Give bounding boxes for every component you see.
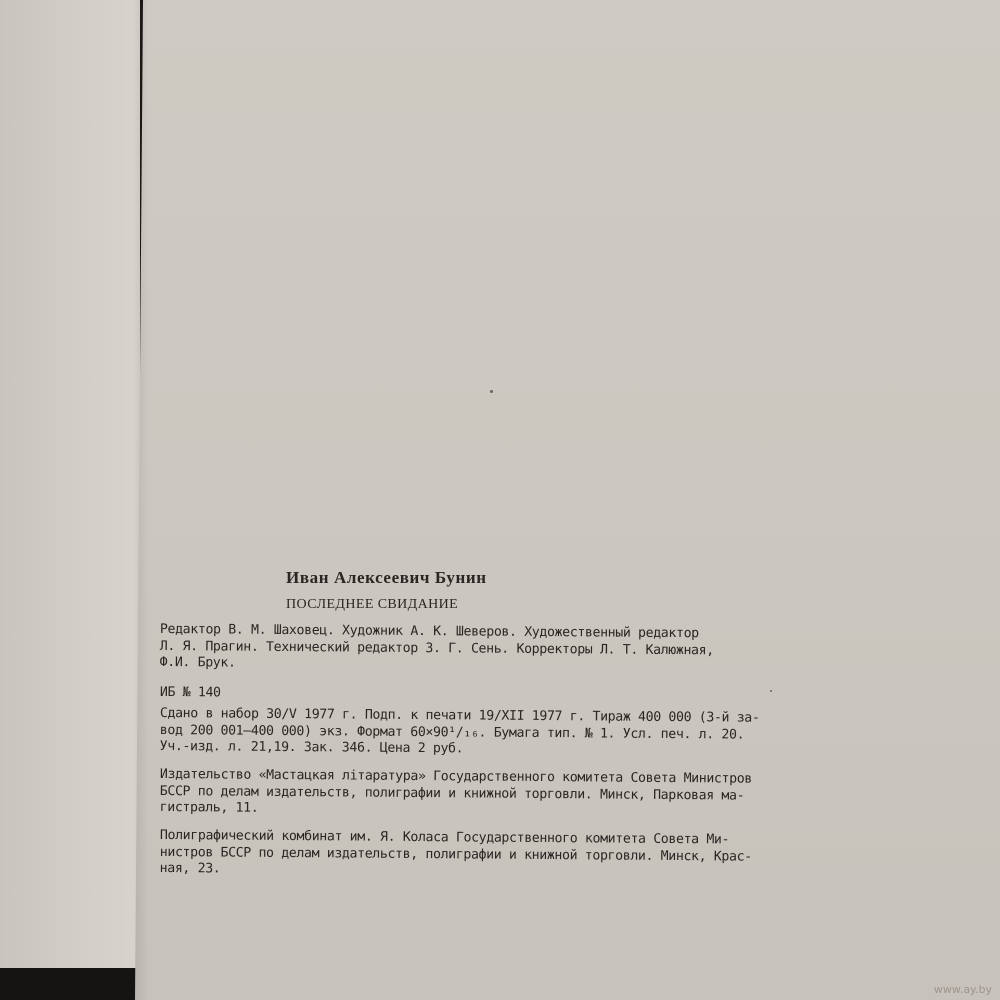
publisher-paragraph: Издательство «Мастацкая лiтаратура» Госу… — [160, 767, 910, 822]
book-author: Иван Алексеевич Бунин — [286, 568, 487, 588]
printer-paragraph: Полиграфический комбинат им. Я. Коласа Г… — [160, 828, 910, 883]
background-shadow — [0, 968, 140, 1000]
book-title: ПОСЛЕДНЕЕ СВИДАНИЕ — [286, 597, 458, 613]
watermark: www.ay.by — [934, 983, 992, 996]
credits-paragraph: Редактор В. М. Шаховец. Художник А. К. Ш… — [160, 622, 910, 677]
paper-speck — [490, 390, 493, 393]
left-page — [0, 0, 140, 970]
imprint-paragraph: Сдано в набор 30/V 1977 г. Подп. к печат… — [160, 706, 910, 761]
